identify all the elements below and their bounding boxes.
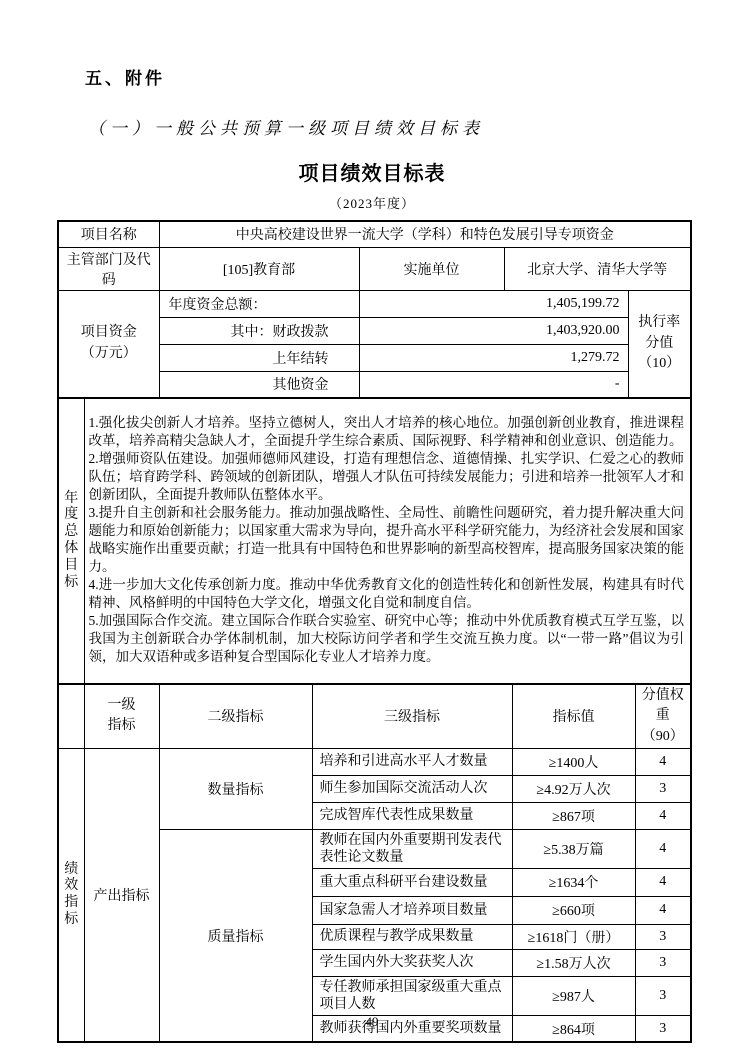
exec-rate-label: 执行率 分值 （10） <box>628 290 691 398</box>
funding-carryover-label: 上年结转 <box>159 344 359 371</box>
indicator-weight: 3 <box>635 976 691 1015</box>
perf-group-label: 绩效指标 <box>64 862 78 929</box>
performance-indicators-table: 一级 指标 二级指标 三级指标 指标值 分值权重 （90） 绩效指标 产出指标 … <box>57 683 692 1043</box>
indicator-name: 学生国内外大奖获奖人次 <box>312 949 512 976</box>
goal-item-3: 3.提升自主创新和社会服务能力。推动加强战略性、全局性、前瞻性问题研究，着力提升… <box>89 504 685 576</box>
indicator-weight: 4 <box>635 868 691 896</box>
header-weight: 分值权重 （90） <box>635 684 691 748</box>
indicator-value: ≥1634个 <box>512 868 635 896</box>
indicator-name: 教师在国内外重要期刊发表代表性论文数量 <box>312 829 512 868</box>
table-year: （2023年度） <box>0 186 744 212</box>
funding-carryover-value: 1,279.72 <box>359 344 628 371</box>
table-header-row: 一级 指标 二级指标 三级指标 指标值 分值权重 （90） <box>58 684 691 748</box>
indicator-name: 完成智库代表性成果数量 <box>312 802 512 829</box>
annual-goal-label-cell: 年度总体目标 <box>58 398 84 684</box>
indicator-value: ≥1618门（册） <box>512 924 635 949</box>
table-row: 主管部门及代码 [105]教育部 实施单位 北京大学、清华大学等 <box>58 247 691 290</box>
indicator-value: ≥660项 <box>512 896 635 924</box>
header-level2: 二级指标 <box>159 684 312 748</box>
page-number: 49 <box>0 1014 744 1030</box>
indicator-name: 培养和引进高水平人才数量 <box>312 748 512 775</box>
level1-output-label: 产出指标 <box>84 748 159 1042</box>
section-heading: 五、附件 <box>0 0 744 89</box>
table-row: 绩效指标 产出指标 数量指标 培养和引进高水平人才数量 ≥1400人 4 <box>58 748 691 775</box>
project-info-table: 项目名称 中央高校建设世界一流大学（学科）和特色发展引导专项资金 主管部门及代码… <box>57 220 692 399</box>
table-title: 项目绩效目标表 <box>0 139 744 186</box>
indicator-value: ≥867项 <box>512 802 635 829</box>
header-level1: 一级 指标 <box>84 684 159 748</box>
funding-other-label: 其他资金 <box>159 371 359 398</box>
subsection-heading: （一）一般公共预算一级项目绩效目标表 <box>0 89 744 139</box>
impl-unit-label: 实施单位 <box>359 247 504 290</box>
indicator-name: 优质课程与教学成果数量 <box>312 924 512 949</box>
funding-total-value: 1,405,199.72 <box>359 290 628 317</box>
annual-goal-table: 年度总体目标 1.强化拔尖创新人才培养。坚持立德树人，突出人才培养的核心地位。加… <box>57 397 692 685</box>
perf-group-cell: 绩效指标 <box>58 748 84 1042</box>
indicator-value: ≥4.92万人次 <box>512 775 635 802</box>
dept-label: 主管部门及代码 <box>58 247 159 290</box>
project-name-label: 项目名称 <box>58 221 159 247</box>
indicator-name: 专任教师承担国家级重大重点项目人数 <box>312 976 512 1015</box>
goal-item-5: 5.加强国际合作交流。建立国际合作联合实验室、研究中心等；推动中外优质教育模式互… <box>89 612 685 666</box>
indicator-weight: 4 <box>635 896 691 924</box>
indicator-value: ≥1400人 <box>512 748 635 775</box>
funding-label: 项目资金 （万元） <box>58 290 159 398</box>
indicator-name: 国家急需人才培养项目数量 <box>312 896 512 924</box>
dept-value: [105]教育部 <box>159 247 359 290</box>
annual-goal-label: 年度总体目标 <box>64 491 78 592</box>
level2-quantity-label: 数量指标 <box>159 748 312 829</box>
annual-goal-text-cell: 1.强化拔尖创新人才培养。坚持立德树人，突出人才培养的核心地位。加强创新创业教育… <box>84 398 691 684</box>
level2-quality-label: 质量指标 <box>159 829 312 1042</box>
project-name-value: 中央高校建设世界一流大学（学科）和特色发展引导专项资金 <box>159 221 691 247</box>
goal-item-4: 4.进一步加大文化传承创新力度。推动中华优秀教育文化的创造性转化和创新性发展，构… <box>89 576 685 612</box>
impl-unit-value: 北京大学、清华大学等 <box>504 247 691 290</box>
funding-other-value: - <box>359 371 628 398</box>
indicator-weight: 3 <box>635 949 691 976</box>
indicator-name: 重大重点科研平台建设数量 <box>312 868 512 896</box>
indicator-value: ≥5.38万篇 <box>512 829 635 868</box>
header-value: 指标值 <box>512 684 635 748</box>
document-page: 五、附件 （一）一般公共预算一级项目绩效目标表 项目绩效目标表 （2023年度）… <box>0 0 744 1052</box>
goal-item-1: 1.强化拔尖创新人才培养。坚持立德树人，突出人才培养的核心地位。加强创新创业教育… <box>89 414 685 450</box>
funding-fiscal-value: 1,403,920.00 <box>359 317 628 344</box>
header-level3: 三级指标 <box>312 684 512 748</box>
table-row: 项目名称 中央高校建设世界一流大学（学科）和特色发展引导专项资金 <box>58 221 691 247</box>
funding-fiscal-label: 其中：财政拨款 <box>159 317 359 344</box>
indicator-weight: 4 <box>635 829 691 868</box>
goal-item-2: 2.增强师资队伍建设。加强师德师风建设，打造有理想信念、道德情操、扎实学识、仁爱… <box>89 450 685 504</box>
table-row: 年度总体目标 1.强化拔尖创新人才培养。坚持立德树人，突出人才培养的核心地位。加… <box>58 398 691 684</box>
indicator-value: ≥1.58万人次 <box>512 949 635 976</box>
indicator-weight: 3 <box>635 924 691 949</box>
indicator-weight: 3 <box>635 775 691 802</box>
indicator-name: 师生参加国际交流活动人次 <box>312 775 512 802</box>
indicator-value: ≥987人 <box>512 976 635 1015</box>
indicator-weight: 4 <box>635 802 691 829</box>
indicator-weight: 4 <box>635 748 691 775</box>
header-empty-cell <box>58 684 84 748</box>
funding-total-label: 年度资金总额： <box>159 290 359 317</box>
table-row: 项目资金 （万元） 年度资金总额： 1,405,199.72 执行率 分值 （1… <box>58 290 691 317</box>
